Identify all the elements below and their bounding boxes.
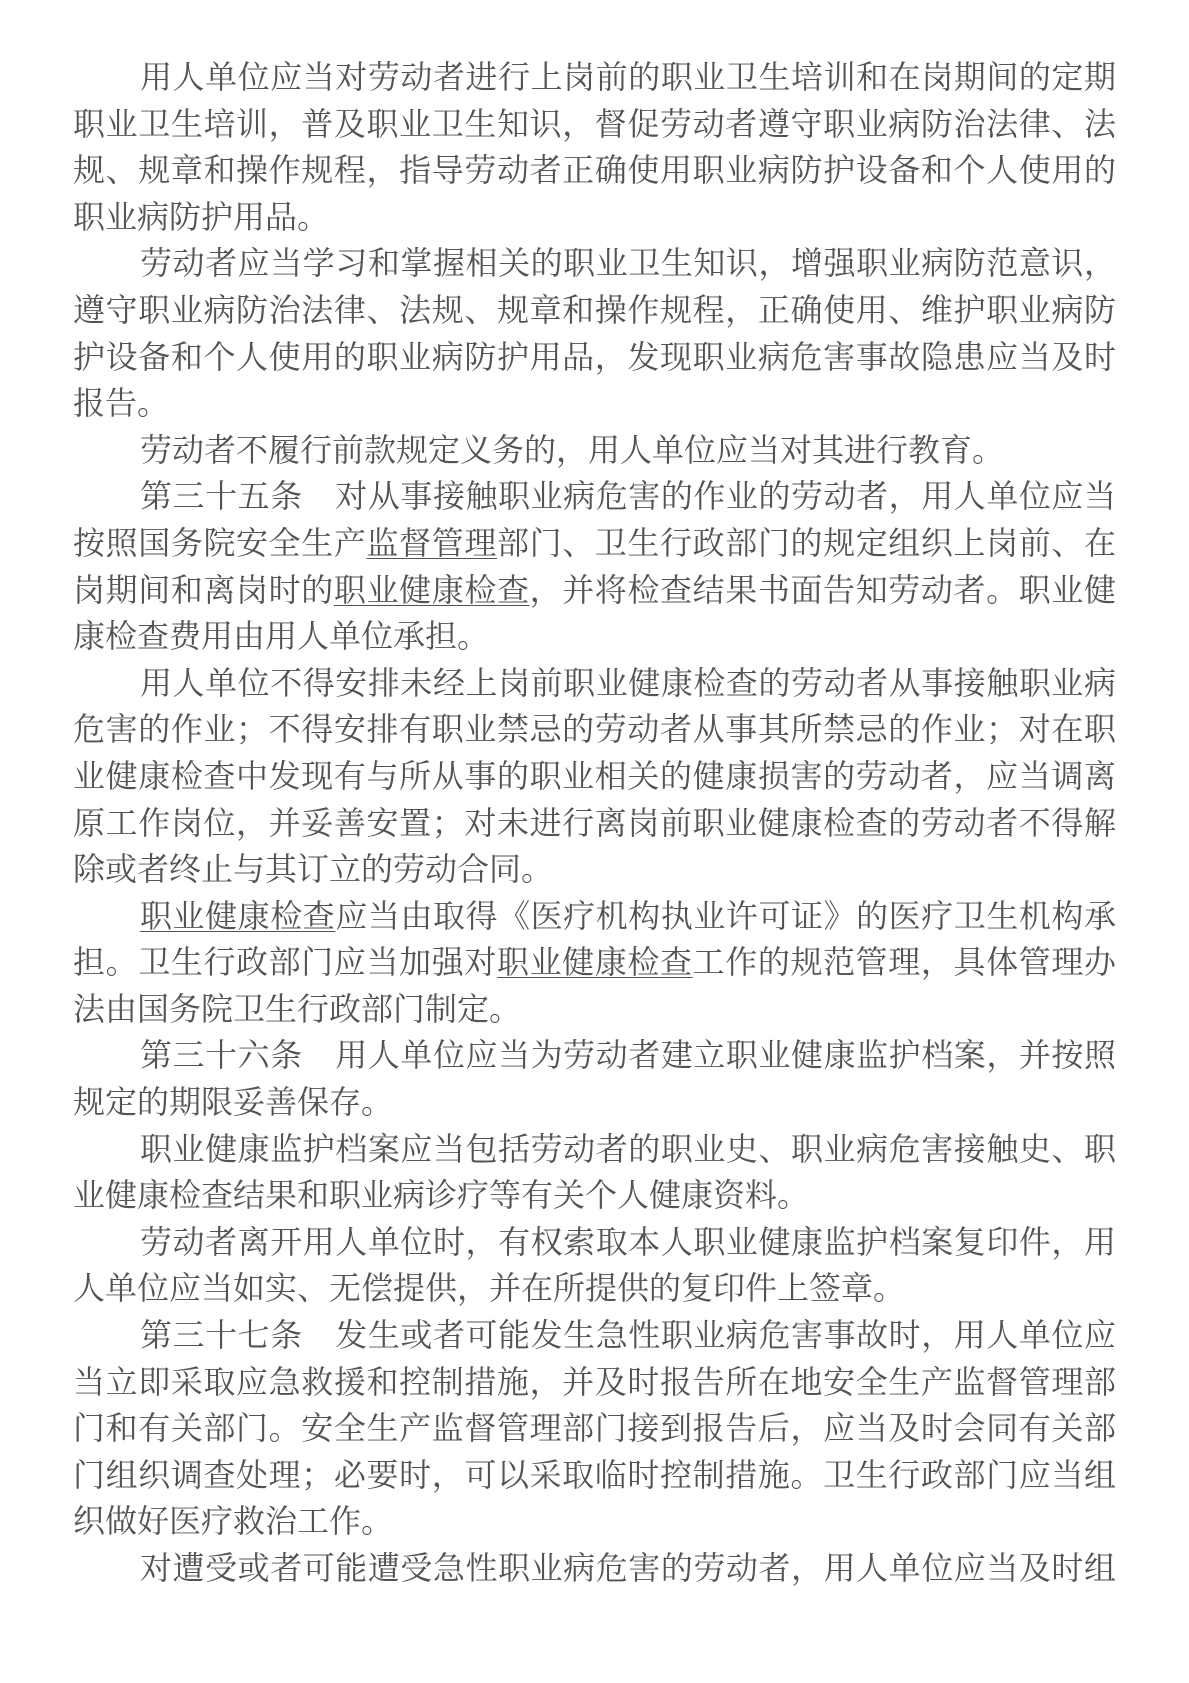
- text-line: 职业卫生培训，普及职业卫生知识，督促劳动者遵守职业病防治法律、法: [73, 101, 1116, 148]
- text-segment: ，并将检查结果书面告知劳动者。职业健: [530, 572, 1116, 608]
- text-segment: 法由国务院卫生行政部门制定。: [73, 991, 521, 1027]
- text-line: 业健康检查结果和职业病诊疗等有关个人健康资料。: [73, 1172, 1116, 1219]
- text-segment: 按照国务院安全生产: [73, 525, 367, 561]
- text-segment: 业健康检查结果和职业病诊疗等有关个人健康资料。: [73, 1177, 809, 1213]
- text-segment: 危害的作业；不得安排有职业禁忌的劳动者从事其所禁忌的作业；对在职: [73, 711, 1116, 747]
- text-segment: 原工作岗位，并妥善安置；对未进行离岗前职业健康检查的劳动者不得解: [73, 805, 1116, 841]
- text-line: 劳动者不履行前款规定义务的，用人单位应当对其进行教育。: [73, 427, 1116, 474]
- text-segment: 当立即采取应急救援和控制措施，并及时报告所在地安全生产监督管理部: [73, 1364, 1116, 1400]
- text-line: 门和有关部门。安全生产监督管理部门接到报告后，应当及时会同有关部: [73, 1405, 1116, 1452]
- text-line: 对遭受或者可能遭受急性职业病危害的劳动者，用人单位应当及时组: [73, 1545, 1116, 1592]
- text-line: 人单位应当如实、无偿提供，并在所提供的复印件上签章。: [73, 1265, 1116, 1312]
- text-line: 职业病防护用品。: [73, 194, 1116, 241]
- text-segment: 第三十五条 对从事接触职业病危害的作业的劳动者，用人单位应当: [140, 478, 1116, 514]
- text-block: 用人单位应当对劳动者进行上岗前的职业卫生培训和在岗期间的定期职业卫生培训，普及职…: [73, 54, 1116, 1592]
- text-segment: 用人单位不得安排未经上岗前职业健康检查的劳动者从事接触职业病: [140, 665, 1116, 701]
- text-line: 门组织调查处理；必要时，可以采取临时控制措施。卫生行政部门应当组: [73, 1452, 1116, 1499]
- text-segment: 职业健康监护档案应当包括劳动者的职业史、职业病危害接触史、职: [140, 1131, 1116, 1167]
- text-segment: 门和有关部门。安全生产监督管理部门接到报告后，应当及时会同有关部: [73, 1410, 1116, 1446]
- text-segment: 遵守职业病防治法律、法规、规章和操作规程，正确使用、维护职业病防: [73, 292, 1116, 328]
- term-link[interactable]: 职业健康检查: [140, 898, 335, 934]
- text-line: 职业健康检查应当由取得《医疗机构执业许可证》的医疗卫生机构承: [73, 893, 1116, 940]
- text-segment: 职业病防护用品。: [73, 199, 329, 235]
- text-line: 护设备和个人使用的职业病防护用品，发现职业病危害事故隐患应当及时: [73, 334, 1116, 381]
- page: { "document": { "text_color": "#535353",…: [0, 0, 1189, 1683]
- text-line: 法由国务院卫生行政部门制定。: [73, 986, 1116, 1033]
- text-segment: 业健康检查中发现有与所从事的职业相关的健康损害的劳动者，应当调离: [73, 758, 1116, 794]
- term-link[interactable]: 职业健康检查: [497, 944, 693, 980]
- text-line: 报告。: [73, 380, 1116, 427]
- text-segment: 康检查费用由用人单位承担。: [73, 618, 489, 654]
- text-line: 第三十六条 用人单位应当为劳动者建立职业健康监护档案，并按照: [73, 1032, 1116, 1079]
- text-segment: 岗期间和离岗时的: [73, 572, 334, 608]
- text-segment: 工作的规范管理，具体管理办: [693, 944, 1116, 980]
- text-segment: 第三十六条 用人单位应当为劳动者建立职业健康监护档案，并按照: [140, 1037, 1116, 1073]
- text-segment: 部门、卫生行政部门的规定组织上岗前、在: [497, 525, 1116, 561]
- text-segment: 护设备和个人使用的职业病防护用品，发现职业病危害事故隐患应当及时: [73, 339, 1116, 375]
- text-line: 职业健康监护档案应当包括劳动者的职业史、职业病危害接触史、职: [73, 1126, 1116, 1173]
- text-line: 业健康检查中发现有与所从事的职业相关的健康损害的劳动者，应当调离: [73, 753, 1116, 800]
- text-line: 当立即采取应急救援和控制措施，并及时报告所在地安全生产监督管理部: [73, 1359, 1116, 1406]
- text-line: 劳动者应当学习和掌握相关的职业卫生知识，增强职业病防范意识，: [73, 240, 1116, 287]
- text-line: 第三十七条 发生或者可能发生急性职业病危害事故时，用人单位应: [73, 1312, 1116, 1359]
- text-segment: 劳动者离开用人单位时，有权索取本人职业健康监护档案复印件，用: [140, 1224, 1116, 1260]
- text-segment: 对遭受或者可能遭受急性职业病危害的劳动者，用人单位应当及时组: [140, 1550, 1116, 1586]
- text-line: 岗期间和离岗时的职业健康检查，并将检查结果书面告知劳动者。职业健: [73, 567, 1116, 614]
- text-line: 除或者终止与其订立的劳动合同。: [73, 846, 1116, 893]
- text-segment: 规、规章和操作规程，指导劳动者正确使用职业病防护设备和个人使用的: [73, 152, 1116, 188]
- text-segment: 劳动者不履行前款规定义务的，用人单位应当对其进行教育。: [140, 432, 1004, 468]
- text-segment: 规定的期限妥善保存。: [73, 1084, 393, 1120]
- text-segment: 报告。: [73, 385, 169, 421]
- text-line: 担。卫生行政部门应当加强对职业健康检查工作的规范管理，具体管理办: [73, 939, 1116, 986]
- text-segment: 用人单位应当对劳动者进行上岗前的职业卫生培训和在岗期间的定期: [140, 59, 1116, 95]
- text-segment: 门组织调查处理；必要时，可以采取临时控制措施。卫生行政部门应当组: [73, 1457, 1116, 1493]
- text-line: 劳动者离开用人单位时，有权索取本人职业健康监护档案复印件，用: [73, 1219, 1116, 1266]
- text-line: 规定的期限妥善保存。: [73, 1079, 1116, 1126]
- text-line: 规、规章和操作规程，指导劳动者正确使用职业病防护设备和个人使用的: [73, 147, 1116, 194]
- text-segment: 应当由取得《医疗机构执业许可证》的医疗卫生机构承: [335, 898, 1116, 934]
- text-line: 织做好医疗救治工作。: [73, 1498, 1116, 1545]
- text-line: 原工作岗位，并妥善安置；对未进行离岗前职业健康检查的劳动者不得解: [73, 800, 1116, 847]
- text-segment: 职业卫生培训，普及职业卫生知识，督促劳动者遵守职业病防治法律、法: [73, 106, 1116, 142]
- text-line: 康检查费用由用人单位承担。: [73, 613, 1116, 660]
- text-line: 危害的作业；不得安排有职业禁忌的劳动者从事其所禁忌的作业；对在职: [73, 706, 1116, 753]
- text-segment: 劳动者应当学习和掌握相关的职业卫生知识，增强职业病防范意识，: [140, 245, 1116, 281]
- text-line: 用人单位不得安排未经上岗前职业健康检查的劳动者从事接触职业病: [73, 660, 1116, 707]
- document-page: 用人单位应当对劳动者进行上岗前的职业卫生培训和在岗期间的定期职业卫生培训，普及职…: [0, 0, 1189, 1683]
- text-line: 按照国务院安全生产监督管理部门、卫生行政部门的规定组织上岗前、在: [73, 520, 1116, 567]
- text-segment: 第三十七条 发生或者可能发生急性职业病危害事故时，用人单位应: [140, 1317, 1116, 1353]
- text-line: 用人单位应当对劳动者进行上岗前的职业卫生培训和在岗期间的定期: [73, 54, 1116, 101]
- text-segment: 人单位应当如实、无偿提供，并在所提供的复印件上签章。: [73, 1270, 905, 1306]
- text-segment: 担。卫生行政部门应当加强对: [73, 944, 497, 980]
- text-line: 遵守职业病防治法律、法规、规章和操作规程，正确使用、维护职业病防: [73, 287, 1116, 334]
- text-segment: 除或者终止与其订立的劳动合同。: [73, 851, 553, 887]
- text-line: 第三十五条 对从事接触职业病危害的作业的劳动者，用人单位应当: [73, 473, 1116, 520]
- term-link[interactable]: 职业健康检查: [334, 572, 530, 608]
- term-link[interactable]: 监督管理: [367, 525, 497, 561]
- text-segment: 织做好医疗救治工作。: [73, 1503, 393, 1539]
